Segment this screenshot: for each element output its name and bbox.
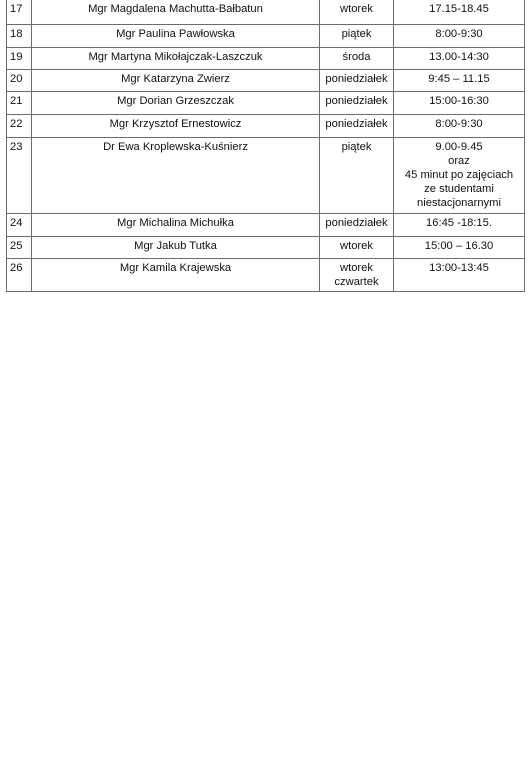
weekday-text: piątek bbox=[323, 140, 390, 154]
weekday-cell: poniedziałek bbox=[320, 214, 394, 237]
hours-text: 13:00-13:45 bbox=[397, 261, 521, 275]
hours-cell: 9.00-9.45oraz45 minut po zajęciachze stu… bbox=[394, 138, 525, 214]
lecturer-name-cell: Mgr Dorian Grzeszczak bbox=[32, 92, 320, 115]
weekday-cell: piątek bbox=[320, 138, 394, 214]
lecturer-name-cell: Mgr Kamila Krajewska bbox=[32, 259, 320, 292]
row-number-cell: 21 bbox=[7, 92, 32, 115]
hours-text: 45 minut po zajęciach bbox=[397, 168, 521, 182]
lecturer-name-cell: Dr Ewa Kroplewska-Kuśnierz bbox=[32, 138, 320, 214]
table-row: 17Mgr Magdalena Machutta-Bałbatunwtorek1… bbox=[7, 0, 525, 25]
weekday-cell: poniedziałek bbox=[320, 115, 394, 138]
row-number-cell: 26 bbox=[7, 259, 32, 292]
lecturer-name-cell: Mgr Magdalena Machutta-Bałbatun bbox=[32, 0, 320, 25]
lecturer-name-cell: Mgr Katarzyna Zwierz bbox=[32, 70, 320, 92]
weekday-text: poniedziałek bbox=[323, 117, 390, 131]
weekday-text: poniedziałek bbox=[323, 94, 390, 108]
table-row: 21Mgr Dorian Grzeszczakponiedziałek15:00… bbox=[7, 92, 525, 115]
hours-cell: 15:00 – 16.30 bbox=[394, 237, 525, 259]
row-number-cell: 17 bbox=[7, 0, 32, 25]
table-body: 17Mgr Magdalena Machutta-Bałbatunwtorek1… bbox=[7, 0, 525, 292]
weekday-cell: środa bbox=[320, 48, 394, 70]
table-row: 18Mgr Paulina Pawłowskapiątek8:00-9:30 bbox=[7, 25, 525, 48]
hours-cell: 17.15-18.45 bbox=[394, 0, 525, 25]
lecturer-name-cell: Mgr Paulina Pawłowska bbox=[32, 25, 320, 48]
weekday-text: poniedziałek bbox=[323, 72, 390, 86]
table-row: 25Mgr Jakub Tutkawtorek15:00 – 16.30 bbox=[7, 237, 525, 259]
weekday-cell: piątek bbox=[320, 25, 394, 48]
weekday-cell: wtorek bbox=[320, 0, 394, 25]
table-row: 22Mgr Krzysztof Ernestowiczponiedziałek8… bbox=[7, 115, 525, 138]
table-row: 26Mgr Kamila Krajewskawtorekczwartek13:0… bbox=[7, 259, 525, 292]
row-number-cell: 22 bbox=[7, 115, 32, 138]
hours-text: 15:00-16:30 bbox=[397, 94, 521, 108]
weekday-text: piątek bbox=[323, 27, 390, 41]
row-number-cell: 23 bbox=[7, 138, 32, 214]
hours-text: 13.00-14:30 bbox=[397, 50, 521, 64]
weekday-cell: wtorek bbox=[320, 237, 394, 259]
row-number-cell: 20 bbox=[7, 70, 32, 92]
table-row: 20Mgr Katarzyna Zwierzponiedziałek9:45 –… bbox=[7, 70, 525, 92]
hours-text: 17.15-18.45 bbox=[397, 2, 521, 16]
weekday-cell: wtorekczwartek bbox=[320, 259, 394, 292]
weekday-text: wtorek bbox=[323, 239, 390, 253]
hours-text: oraz bbox=[397, 154, 521, 168]
weekday-cell: poniedziałek bbox=[320, 92, 394, 115]
hours-cell: 13:00-13:45 bbox=[394, 259, 525, 292]
weekday-text: poniedziałek bbox=[323, 216, 390, 230]
row-number-cell: 25 bbox=[7, 237, 32, 259]
hours-cell: 8:00-9:30 bbox=[394, 115, 525, 138]
weekday-cell: poniedziałek bbox=[320, 70, 394, 92]
hours-text: 15:00 – 16.30 bbox=[397, 239, 521, 253]
hours-text: 8:00-9:30 bbox=[397, 27, 521, 41]
weekday-text: wtorek bbox=[323, 261, 390, 275]
hours-text: 16:45 -18:15. bbox=[397, 216, 521, 230]
hours-cell: 13.00-14:30 bbox=[394, 48, 525, 70]
hours-text: niestacjonarnymi bbox=[397, 196, 521, 210]
table-row: 19Mgr Martyna Mikołajczak-Laszczukśroda1… bbox=[7, 48, 525, 70]
row-number-cell: 18 bbox=[7, 25, 32, 48]
hours-text: 9:45 – 11.15 bbox=[397, 72, 521, 86]
hours-text: ze studentami bbox=[397, 182, 521, 196]
lecturer-name-cell: Mgr Krzysztof Ernestowicz bbox=[32, 115, 320, 138]
consultation-schedule-table: 17Mgr Magdalena Machutta-Bałbatunwtorek1… bbox=[6, 0, 525, 292]
row-number-cell: 24 bbox=[7, 214, 32, 237]
weekday-text: środa bbox=[323, 50, 390, 64]
hours-cell: 9:45 – 11.15 bbox=[394, 70, 525, 92]
table-row: 24Mgr Michalina Michułkaponiedziałek16:4… bbox=[7, 214, 525, 237]
weekday-text: wtorek bbox=[323, 2, 390, 16]
row-number-cell: 19 bbox=[7, 48, 32, 70]
hours-cell: 16:45 -18:15. bbox=[394, 214, 525, 237]
hours-text: 9.00-9.45 bbox=[397, 140, 521, 154]
hours-text: 8:00-9:30 bbox=[397, 117, 521, 131]
lecturer-name-cell: Mgr Martyna Mikołajczak-Laszczuk bbox=[32, 48, 320, 70]
hours-cell: 15:00-16:30 bbox=[394, 92, 525, 115]
weekday-text: czwartek bbox=[323, 275, 390, 289]
lecturer-name-cell: Mgr Michalina Michułka bbox=[32, 214, 320, 237]
hours-cell: 8:00-9:30 bbox=[394, 25, 525, 48]
lecturer-name-cell: Mgr Jakub Tutka bbox=[32, 237, 320, 259]
table-row: 23Dr Ewa Kroplewska-Kuśnierzpiątek9.00-9… bbox=[7, 138, 525, 214]
